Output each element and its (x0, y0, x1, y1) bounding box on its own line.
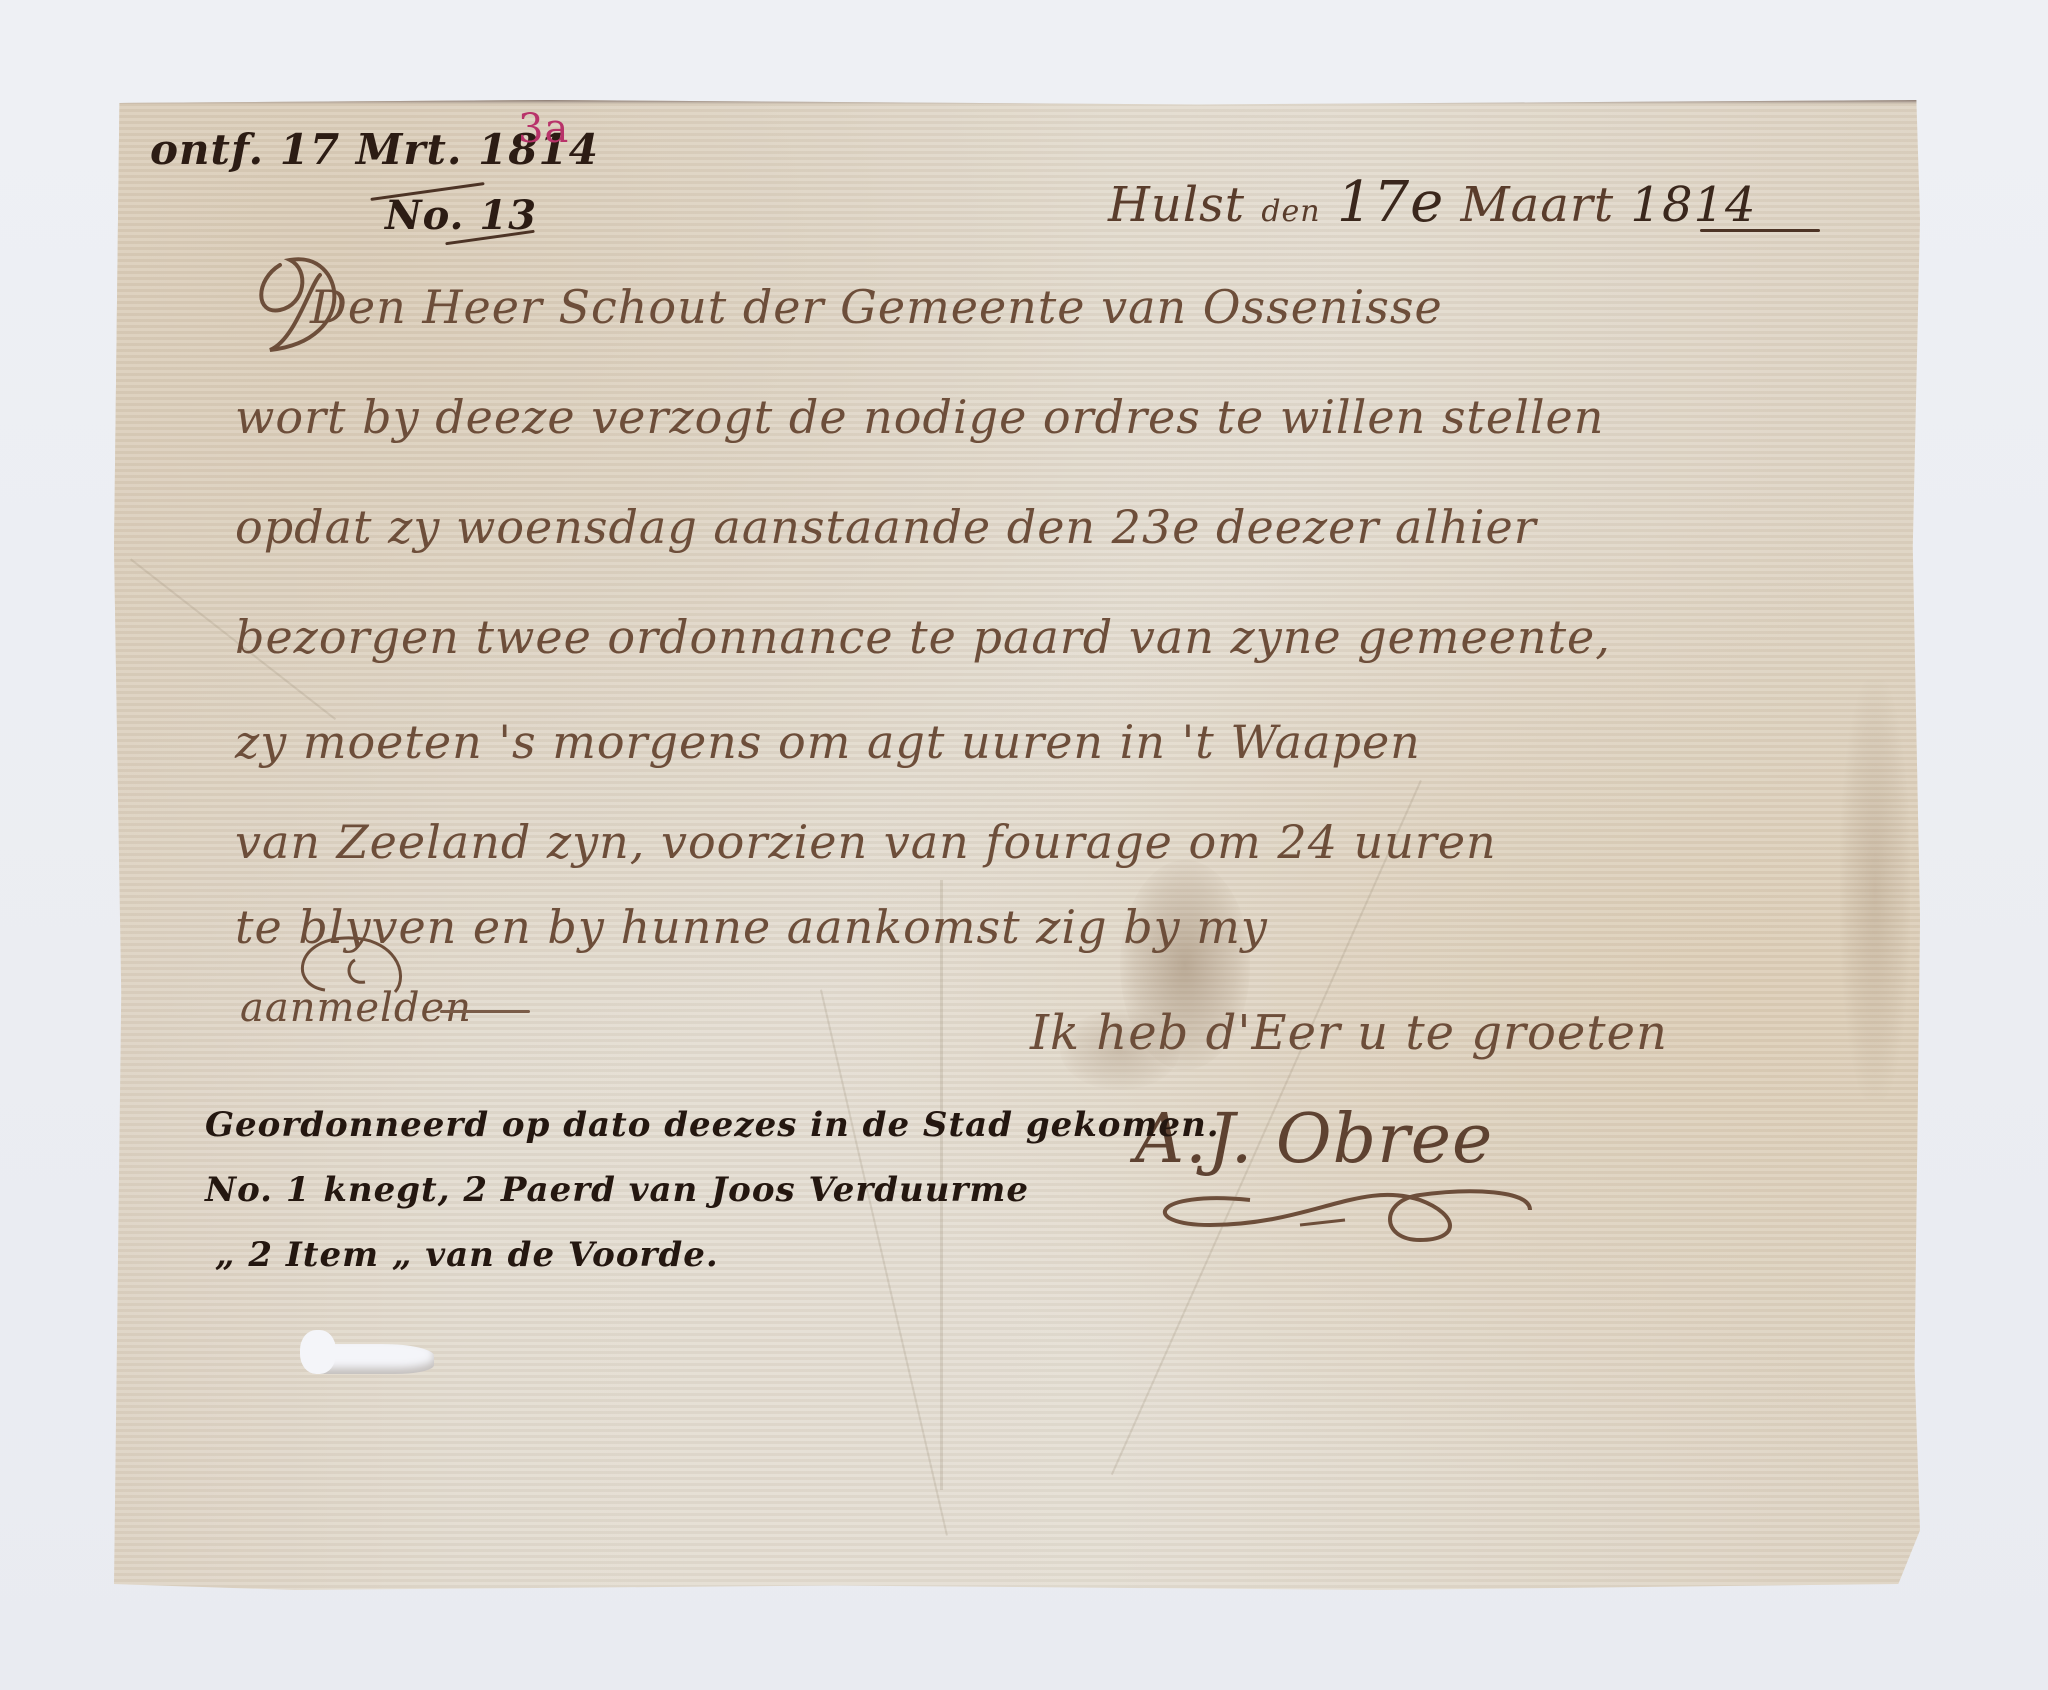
pencil-mark: 3a (518, 106, 569, 152)
photo-backdrop: ontf. 17 Mrt. 1814 3a No. 13 Hulst den 1… (0, 0, 2048, 1690)
date-day: 17e (1337, 170, 1444, 235)
date-year: 1814 (1630, 177, 1756, 233)
footnote-line: Geordonneerd op dato deezes in de Stad g… (205, 1105, 1220, 1145)
paper-hole (304, 1344, 434, 1374)
letter-date-line: Hulst den 17e Maart 1814 (1108, 170, 1757, 235)
body-line: zy moeten 's morgens om agt uuren in 't … (235, 715, 1421, 769)
body-line: Den Heer Schout der Gemeente van Ossenis… (310, 280, 1443, 334)
date-underline (1700, 229, 1820, 232)
body-line: aanmelden (240, 985, 472, 1031)
signature-flourish (1130, 1170, 1570, 1250)
line-filler-stroke (440, 1010, 530, 1013)
footnote-line: „ 2 Item „ van de Voorde. (215, 1235, 719, 1275)
place: Hulst (1108, 177, 1245, 233)
closing-salutation: Ik heb d'Eer u te groeten (1030, 1005, 1668, 1061)
body-line: van Zeeland zyn, voorzien van fourage om… (235, 815, 1497, 869)
date-prefix: den (1261, 194, 1320, 229)
date-month: Maart (1461, 177, 1615, 233)
body-line: bezorgen twee ordonnance te paard van zy… (235, 610, 1611, 664)
footnote-line: No. 1 knegt, 2 Paerd van Joos Verduurme (205, 1170, 1029, 1210)
body-line: wort by deeze verzogt de nodige ordres t… (235, 390, 1604, 444)
paper-top-edge (114, 100, 1920, 104)
water-stain (1840, 680, 1910, 1100)
body-line: opdat zy woensdag aanstaande den 23e dee… (235, 500, 1537, 554)
